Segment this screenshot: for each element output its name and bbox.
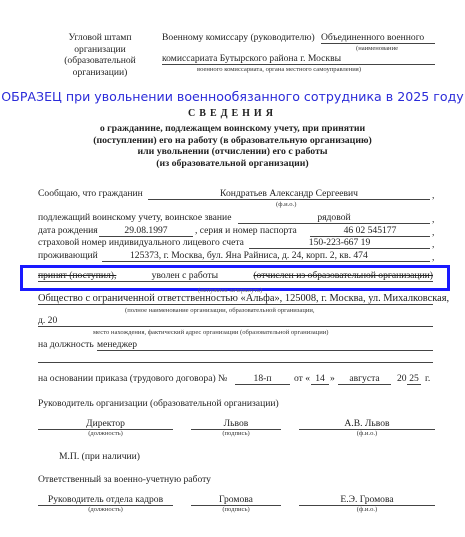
passport-field: 46 02 545177: [310, 225, 430, 237]
stamp-note: М.П. (при наличии): [59, 451, 140, 462]
subtitle-line: (из образовательной организации): [0, 158, 465, 170]
subtitle-line: о гражданине, подлежащем воинскому учету…: [0, 123, 465, 135]
organization-address-hint: место нахождения, фактический адрес орга…: [93, 329, 328, 336]
citizen-name-field: Кондратьев Александр Сергеевич: [148, 188, 430, 200]
addressee-hint-2: военного комиссариата, органа местного с…: [197, 66, 361, 73]
address-field: 125373, г. Москва, бул. Яна Райниса, д. …: [102, 250, 430, 262]
organization-field: Общество с ограниченной ответственностью…: [38, 293, 433, 305]
order-month-field: августа: [338, 373, 391, 385]
order-year-suffix: г.: [425, 373, 430, 384]
comma: ,: [432, 239, 434, 250]
addressee-value-1: Объединенного военного: [321, 32, 435, 44]
responsible-name-hint: (ф.и.о.): [299, 506, 435, 513]
snils-field: 150-223-667 19: [249, 237, 430, 249]
responsible-label: Ответственный за военно-учетную работу: [38, 474, 211, 485]
rank-label: подлежащий воинскому учету, воинское зва…: [38, 212, 231, 223]
order-year-prefix: 20: [397, 373, 407, 384]
responsible-signature-hint: (подпись): [191, 506, 281, 513]
subtitle-line: или увольнении (отчислении) его с работы: [0, 146, 465, 158]
rank-field: рядовой: [238, 212, 430, 224]
stamp-line: Угловой штамп: [50, 32, 150, 44]
birth-date-field: 29.08.1997: [99, 225, 193, 237]
order-day-close: »: [330, 373, 335, 384]
addressee-label: Военному комиссару (руководителю): [162, 32, 315, 43]
addressee-value-2: комиссариата Бутырского района г. Москвы: [162, 53, 435, 65]
responsible-name-field: Е.Э. Громова: [299, 494, 435, 506]
sample-banner: ОБРАЗЕЦ при увольнении военнообязанного …: [0, 89, 465, 104]
snils-label: страховой номер индивидуального лицевого…: [38, 237, 244, 248]
order-from-label: от «: [294, 373, 310, 384]
stamp-line: (образовательной: [50, 55, 150, 67]
order-year-field: 25: [407, 373, 421, 385]
status-dismissed: уволен с работы: [152, 270, 218, 281]
organization-address-field: д. 20: [38, 315, 433, 327]
status-accepted-struck: принят (поступил),: [38, 270, 116, 281]
head-label: Руководитель организации (образовательно…: [38, 398, 279, 409]
head-name-field: А.В. Львов: [299, 418, 435, 430]
responsible-position-field: Руководитель отдела кадров: [38, 494, 173, 506]
stamp-line: организации: [50, 44, 150, 56]
responsible-signature-field: Громова: [191, 494, 281, 506]
subtitle-line: (поступлении) его на работу (в образоват…: [0, 135, 465, 147]
stamp-line: организации): [50, 67, 150, 79]
comma: ,: [432, 190, 434, 201]
order-number-field: 18-п: [235, 373, 290, 385]
status-expelled-struck: (отчислен из образовательной организации…: [253, 270, 433, 281]
head-position-hint: (должность): [38, 430, 173, 437]
comma: ,: [432, 214, 434, 225]
citizen-label: Сообщаю, что гражданин: [38, 188, 143, 199]
position-field: менеджер: [97, 339, 433, 351]
order-day-field: 14: [311, 373, 329, 385]
citizen-hint: (ф.и.о.): [276, 201, 296, 208]
blank-line: [38, 362, 433, 363]
status-line: принят (поступил), уволен с работы (отчи…: [38, 270, 433, 282]
head-signature-field: Львов: [191, 418, 281, 430]
comma: ,: [432, 252, 434, 263]
document-subtitle: о гражданине, подлежащем воинскому учету…: [0, 123, 465, 169]
head-position-field: Директор: [38, 418, 173, 430]
corner-stamp: Угловой штамп организации (образовательн…: [50, 32, 150, 78]
document-title: СВЕДЕНИЯ: [0, 108, 465, 119]
address-label: проживающий: [38, 250, 98, 261]
head-signature-hint: (подпись): [191, 430, 281, 437]
position-label: на должность: [38, 339, 94, 350]
order-label: на основании приказа (трудового договора…: [38, 373, 227, 384]
birth-label: дата рождения: [38, 225, 98, 236]
organization-hint: (полное наименование организации, образо…: [125, 307, 315, 314]
addressee-hint-1: (наименование: [356, 45, 398, 52]
comma: ,: [432, 227, 434, 238]
passport-label: , серия и номер паспорта: [195, 225, 297, 236]
head-name-hint: (ф.и.о.): [299, 430, 435, 437]
responsible-position-hint: (должность): [38, 506, 173, 513]
